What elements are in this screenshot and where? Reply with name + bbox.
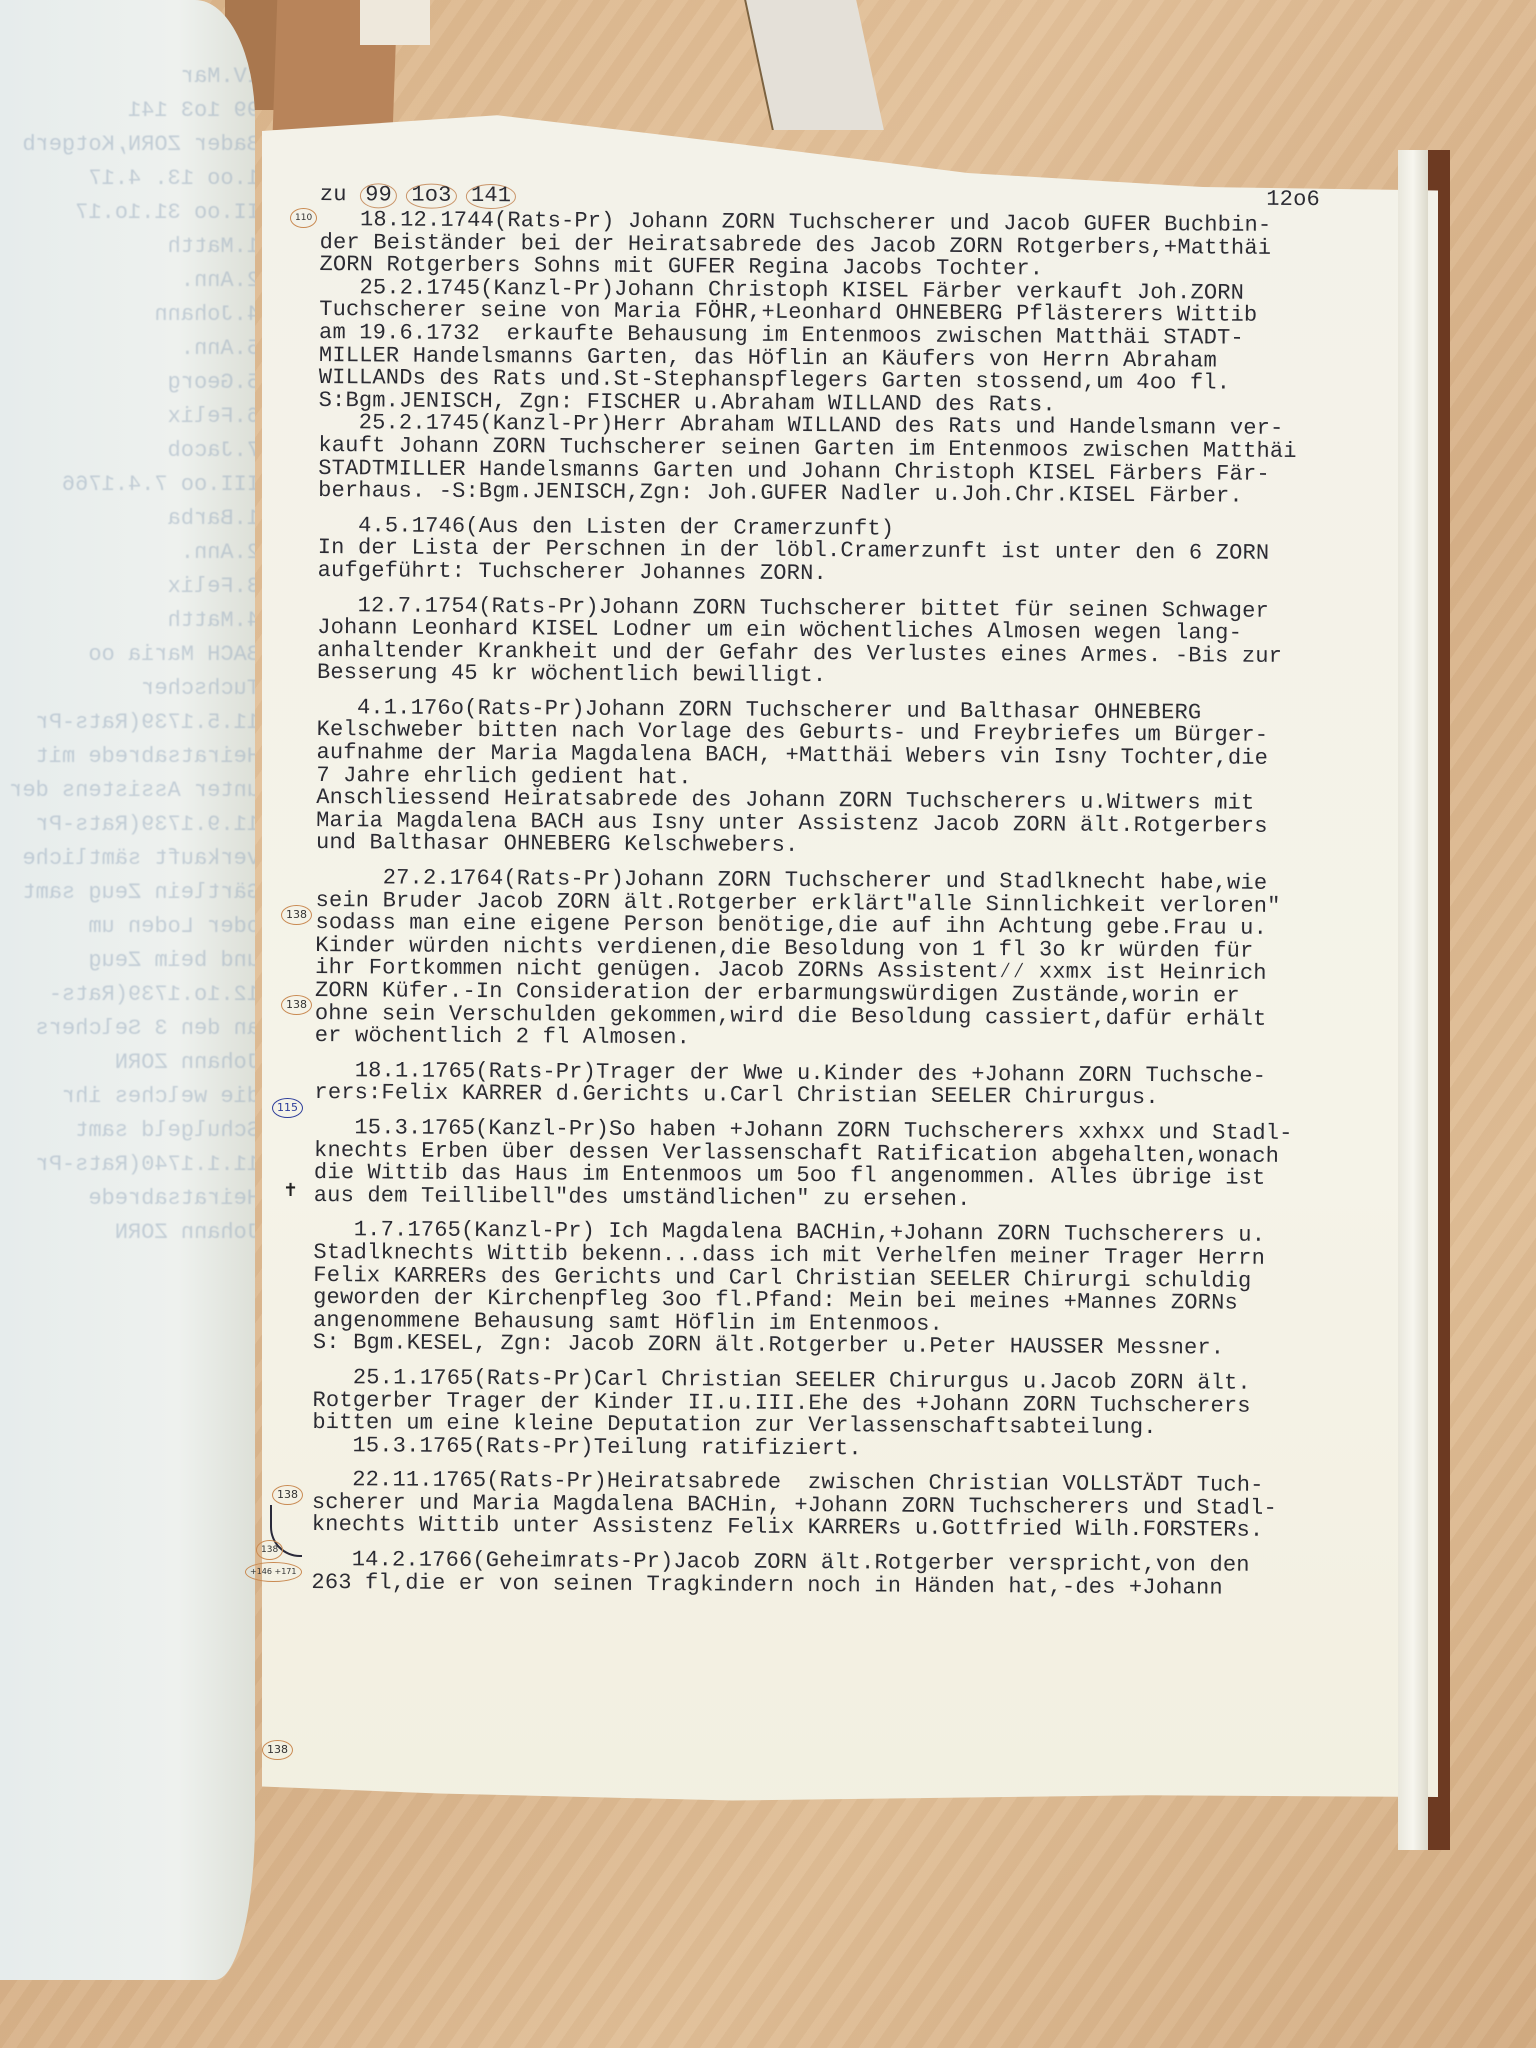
bleed-through-text: IV.Mar99 1o3 141Bader ZORN,Kotgerb1.oo 1…	[0, 60, 255, 1250]
margin-note-1766: 138	[262, 1740, 293, 1760]
margin-note-top: 110	[290, 208, 317, 228]
record-entry: 12.7.1754(Rats-Pr)Johann ZORN Tuchschere…	[317, 594, 1418, 691]
bleed-line: Schulgeld samt	[0, 1114, 255, 1148]
record-entry: 4.5.1746(Aus den Listen der Cramerzunft)…	[318, 515, 1418, 589]
ref-number-1: 99	[360, 183, 397, 208]
record-entry: 27.2.1764(Rats-Pr)Johann ZORN Tuchschere…	[315, 867, 1416, 1054]
bleed-line: Tuchscher	[0, 672, 255, 706]
bleed-line: 1.oo 13. 4.17	[0, 162, 255, 196]
bleed-line: Johann ZORN	[0, 1046, 255, 1080]
margin-note-1765-jan-b: +146 +171	[245, 1562, 302, 1582]
page-number: 12o6	[1266, 189, 1320, 215]
record-entry: 4.1.176o(Rats-Pr)Johann ZORN Tuchscherer…	[316, 697, 1417, 862]
archive-reference: zu 99 1o3 141	[320, 183, 512, 210]
bleed-line: an den 3 Selchers	[0, 1012, 255, 1046]
bleed-line: 3.Felix	[0, 570, 255, 604]
ref-number-3: 141	[466, 184, 516, 209]
ref-number-2: 1o3	[406, 184, 456, 209]
cross-death-mark: ✝	[283, 1180, 298, 1201]
bleed-line: und beim Zeug	[0, 944, 255, 978]
record-entry: 25.1.1765(Rats-Pr)Carl Christian SEELER …	[312, 1367, 1413, 1464]
bleed-line: Heiratsabrede	[0, 1182, 255, 1216]
bleed-line: 5.Ann.	[0, 332, 255, 366]
margin-note-1764a: 138	[281, 995, 312, 1015]
margin-note-1765-jan-a: 138	[256, 1540, 283, 1560]
bleed-line: Gärtlein Zeug samt	[0, 876, 255, 910]
entries-list: 18.12.1744(Rats-Pr) Johann ZORN Tuchsche…	[311, 209, 1419, 1601]
bleed-line: Bader ZORN,Kotgerb	[0, 128, 255, 162]
bleed-line: 5.Georg	[0, 366, 255, 400]
bleed-line: IV.Mar	[0, 60, 255, 94]
bleed-line: oder Loden um	[0, 910, 255, 944]
margin-note-1760: 138	[281, 905, 312, 925]
record-entry: 25.2.1745(Kanzl-Pr)Johann Christoph KISE…	[319, 277, 1420, 419]
bleed-line: verkauft sämtliche	[0, 842, 255, 876]
bleed-line: 99 1o3 141	[0, 94, 255, 128]
bleed-line: 2.Ann.	[0, 536, 255, 570]
bleed-line: unter Assistens der	[0, 774, 255, 808]
bleed-line: 4.Matth	[0, 604, 255, 638]
bleed-line: 6.Felix	[0, 400, 255, 434]
margin-note-1765-s: 138	[272, 1485, 303, 1505]
left-page: IV.Mar99 1o3 141Bader ZORN,Kotgerb1.oo 1…	[0, 0, 255, 1980]
bleed-line: die welches ihr	[0, 1080, 255, 1114]
bleed-line: III.oo 7.4.1766	[0, 468, 255, 502]
typewritten-document: zu 99 1o3 141 12o6 18.12.1744(Rats-Pr) J…	[311, 183, 1420, 1601]
bleed-line: 11.1.1740(Rats-Pr	[0, 1148, 255, 1182]
record-entry: 18.1.1765(Rats-Pr)Trager der Wwe u.Kinde…	[314, 1060, 1414, 1112]
margin-note-1764b: 115	[272, 1098, 303, 1118]
bleed-line: BACH Maria oo	[0, 638, 255, 672]
bleed-line: 1.Barba	[0, 502, 255, 536]
bookmark-white-small	[360, 0, 430, 45]
record-entry: 1.7.1765(Kanzl-Pr) Ich Magdalena BACHin,…	[313, 1219, 1414, 1361]
bleed-line: 4.Johann	[0, 298, 255, 332]
record-entry: 22.11.1765(Rats-Pr)Heiratsabrede zwische…	[312, 1469, 1412, 1543]
record-entry: 18.12.1744(Rats-Pr) Johann ZORN Tuchsche…	[319, 209, 1419, 283]
bleed-line: 11.5.1739(Rats-Pr	[0, 706, 255, 740]
bleed-line: 11.9.1739(Rats-Pr	[0, 808, 255, 842]
bleed-line: Heiratsabrede mit	[0, 740, 255, 774]
ref-prefix: zu	[320, 182, 347, 207]
record-entry: 15.3.1765(Kanzl-Pr)So haben +Johann ZORN…	[314, 1117, 1415, 1214]
bleed-line: 7.Jacob	[0, 434, 255, 468]
bleed-line: Johann ZORN	[0, 1216, 255, 1250]
record-entry: 25.2.1745(Kanzl-Pr)Herr Abraham WILLAND …	[318, 412, 1419, 509]
bleed-line: 1.Matth	[0, 230, 255, 264]
bleed-line: 2.Ann.	[0, 264, 255, 298]
bleed-line: II.oo 31.1o.17	[0, 196, 255, 230]
record-entry: 14.2.1766(Geheimrats-Pr)Jacob ZORN ält.R…	[311, 1549, 1411, 1601]
bleed-line: 12.1o.1739(Rats-	[0, 978, 255, 1012]
